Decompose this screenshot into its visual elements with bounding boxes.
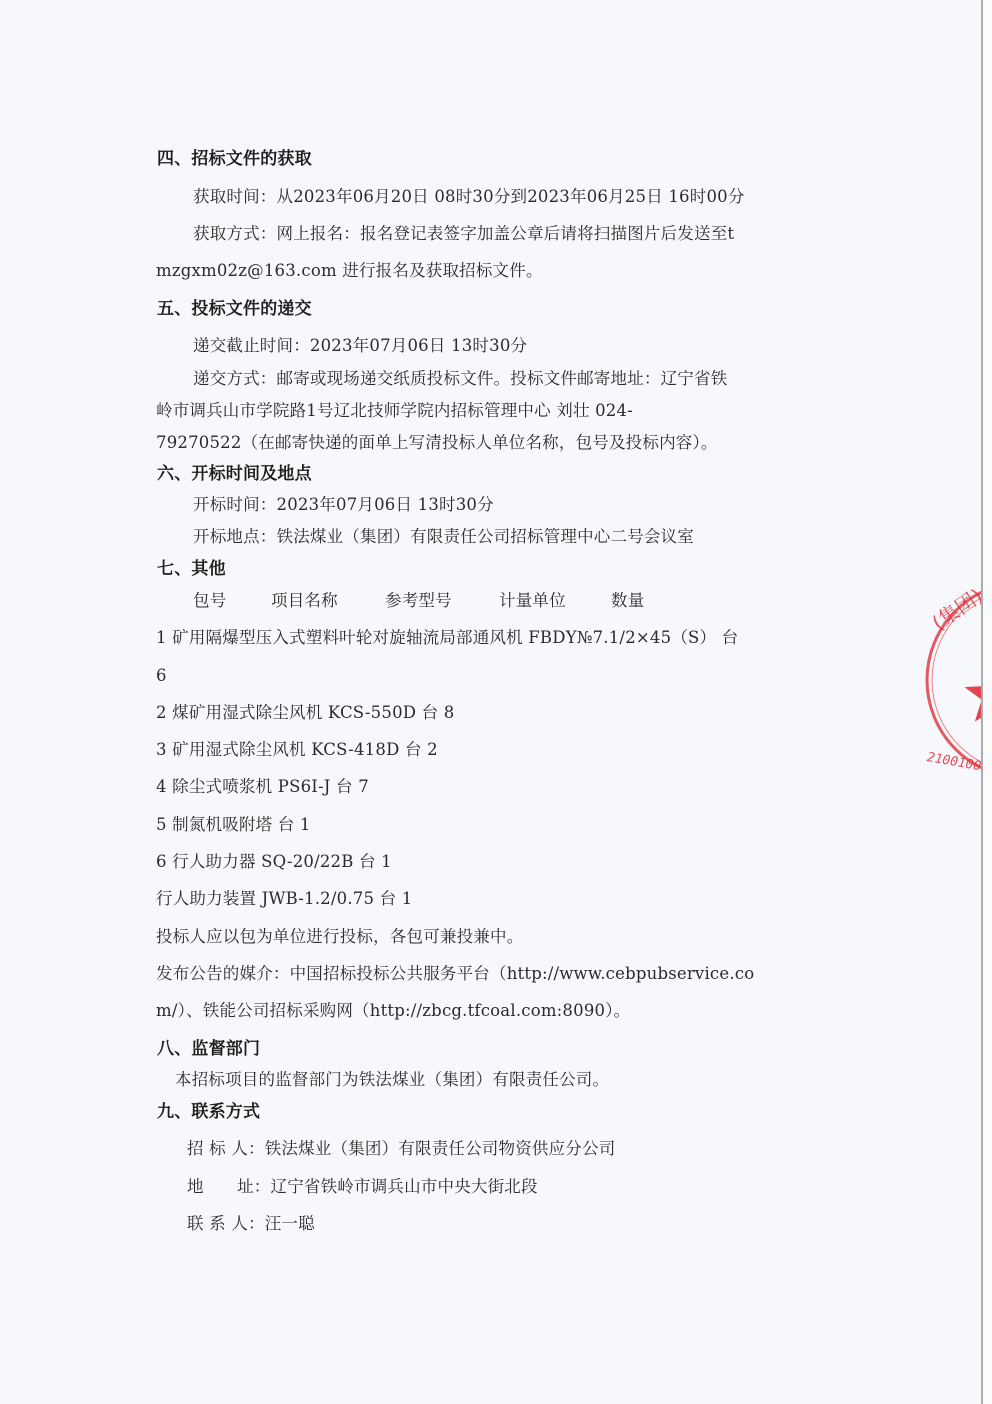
media-line1: 发布公告的媒介：中国招标投标公共服务平台（http://www.cebpubse… xyxy=(156,964,754,984)
acquire-method-line1: 获取方式：网上报名：报名登记表签字加盖公章后请将扫描图片后发送至t xyxy=(193,224,734,244)
item-row-3: 3 矿用湿式除尘风机 KCS-418D 台 2 xyxy=(156,740,438,760)
svg-text:(集团) 有: (集团) 有 xyxy=(928,575,981,635)
section-5-heading: 五、投标文件的递交 xyxy=(157,299,312,319)
address-row: 地 址：辽宁省铁岭市调兵山市中央大街北段 xyxy=(187,1177,538,1197)
col-package-no: 包号 xyxy=(193,591,271,611)
opening-time: 开标时间：2023年07月06日 13时30分 xyxy=(193,495,494,515)
supervision-text: 本招标项目的监督部门为铁法煤业（集团）有限责任公司。 xyxy=(175,1070,609,1090)
address-label: 地 址： xyxy=(187,1177,271,1196)
contact-row: 联 系 人：汪一聪 xyxy=(187,1214,315,1234)
submit-method-line3: 79270522（在邮寄快递的面单上写清投标人单位名称，包号及投标内容）。 xyxy=(156,433,718,453)
document-page: 四、招标文件的获取 获取时间：从2023年06月20日 08时30分到2023年… xyxy=(0,0,981,1404)
company-seal-stamp: (集团) 有 2100100 xyxy=(920,575,981,785)
col-quantity: 数量 xyxy=(611,591,644,611)
contact-label: 联 系 人： xyxy=(187,1214,265,1233)
acquire-method-line2: mzgxm02z@163.com 进行报名及获取招标文件。 xyxy=(156,261,543,281)
item-row-6: 6 行人助力器 SQ-20/22B 台 1 xyxy=(156,852,392,872)
submit-method-line2: 岭市调兵山市学院路1号辽北技师学院内招标管理中心 刘壮 024- xyxy=(156,401,633,421)
item-table-header: 包号项目名称参考型号计量单位数量 xyxy=(193,591,644,611)
item-row-7: 行人助力装置 JWB-1.2/0.75 台 1 xyxy=(156,889,412,909)
section-6-heading: 六、开标时间及地点 xyxy=(157,464,312,484)
tenderer-row: 招 标 人：铁法煤业（集团）有限责任公司物资供应分公司 xyxy=(187,1139,615,1159)
section-4-heading: 四、招标文件的获取 xyxy=(157,149,312,169)
section-9-heading: 九、联系方式 xyxy=(157,1102,260,1122)
item-row-1: 1 矿用隔爆型压入式塑料叶轮对旋轴流局部通风机 FBDY№7.1/2×45（S）… xyxy=(156,628,738,648)
media-line2: m/）、铁能公司招标采购网（http://zbcg.tfcoal.com:809… xyxy=(156,1001,630,1021)
col-ref-model: 参考型号 xyxy=(385,591,499,611)
tenderer-label: 招 标 人： xyxy=(187,1139,265,1158)
item-row-5: 5 制氮机吸附塔 台 1 xyxy=(156,815,311,835)
item-row-4: 4 除尘式喷浆机 PS6I-J 台 7 xyxy=(156,777,369,797)
address-value: 辽宁省铁岭市调兵山市中央大街北段 xyxy=(271,1177,538,1196)
item-row-1-cont: 6 xyxy=(156,666,167,686)
section-8-heading: 八、监督部门 xyxy=(157,1039,260,1059)
bidding-note: 投标人应以包为单位进行投标，各包可兼投兼中。 xyxy=(156,927,523,947)
tenderer-value: 铁法煤业（集团）有限责任公司物资供应分公司 xyxy=(265,1139,616,1158)
page-margin-strip xyxy=(983,0,992,1404)
col-item-name: 项目名称 xyxy=(271,591,385,611)
opening-place: 开标地点：铁法煤业（集团）有限责任公司招标管理中心二号会议室 xyxy=(193,527,694,547)
seal-icon: (集团) 有 2100100 xyxy=(920,575,981,785)
acquire-time: 获取时间：从2023年06月20日 08时30分到2023年06月25日 16时… xyxy=(193,187,745,207)
svg-text:2100100: 2100100 xyxy=(926,750,981,774)
contact-value: 汪一聪 xyxy=(265,1214,315,1233)
submit-deadline: 递交截止时间：2023年07月06日 13时30分 xyxy=(193,336,527,356)
section-7-heading: 七、其他 xyxy=(157,559,226,579)
submit-method-line1: 递交方式：邮寄或现场递交纸质投标文件。投标文件邮寄地址：辽宁省铁 xyxy=(193,369,727,389)
item-row-2: 2 煤矿用湿式除尘风机 KCS-550D 台 8 xyxy=(156,703,455,723)
col-unit: 计量单位 xyxy=(499,591,611,611)
